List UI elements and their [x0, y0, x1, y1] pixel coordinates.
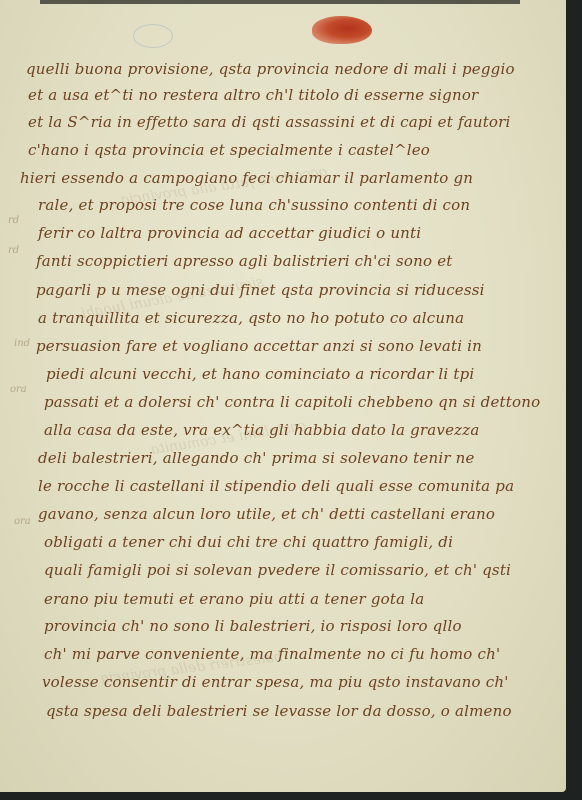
text-line: qsta spesa deli balestrieri se levasse l… [46, 702, 512, 720]
text-line: alla casa da este, vra ex^tia gli habbia… [44, 421, 480, 439]
text-line: obligati a tener chi dui chi tre chi qua… [44, 533, 453, 551]
margin-note: rd [8, 245, 19, 256]
text-line: le rocche li castellani il stipendio del… [38, 477, 514, 495]
text-line: gavano, senza alcun loro utile, et ch' d… [38, 505, 495, 523]
text-line: rale, et proposi tre cose luna ch'sussin… [38, 196, 470, 214]
margin-note: ora [10, 384, 27, 395]
manuscript-text: quelli buona provisione, qsta provincia … [0, 0, 566, 792]
margin-note: rd [8, 215, 19, 226]
text-line: volesse consentir di entrar spesa, ma pi… [42, 673, 509, 691]
text-line: provincia ch' no sono li balestrieri, io… [44, 617, 462, 635]
text-line: piedi alcuni vecchi, et hano cominciato … [46, 365, 474, 383]
text-line: ferir co laltra provincia ad accettar gi… [38, 224, 421, 242]
text-line: c'hano i qsta provincia et specialmente … [28, 141, 430, 159]
text-line: quali famigli poi si solevan pvedere il … [44, 561, 511, 579]
manuscript-page: occasione fatta alla provincia sicurezza… [0, 0, 566, 792]
scan-edge-bottom [0, 792, 582, 800]
text-line: quelli buona provisione, qsta provincia … [26, 60, 515, 78]
scan-edge-top [40, 0, 520, 4]
margin-note: ora [14, 516, 31, 527]
text-line: ch' mi parve conveniente, ma finalmente … [44, 645, 500, 663]
text-line: pagarli p u mese ogni dui finet qsta pro… [36, 281, 485, 299]
text-line: persuasion fare et vogliano accettar anz… [36, 337, 482, 355]
text-line: fanti scoppictieri apresso agli balistri… [36, 252, 453, 270]
text-line: erano piu temuti et erano piu atti a ten… [44, 590, 424, 608]
text-line: et la S^ria in effetto sara di qsti assa… [28, 113, 511, 131]
scan-edge-right [566, 0, 582, 800]
text-line: a tranquillita et sicurezza, qsto no ho … [38, 309, 464, 327]
text-line: passati et a dolersi ch' contra li capit… [44, 393, 540, 411]
text-line: deli balestrieri, allegando ch' prima si… [38, 449, 475, 467]
text-line: et a usa et^ti no restera altro ch'l tit… [28, 86, 478, 104]
text-line: hieri essendo a campogiano feci chiamar … [20, 169, 473, 187]
margin-note: ind [14, 338, 30, 349]
